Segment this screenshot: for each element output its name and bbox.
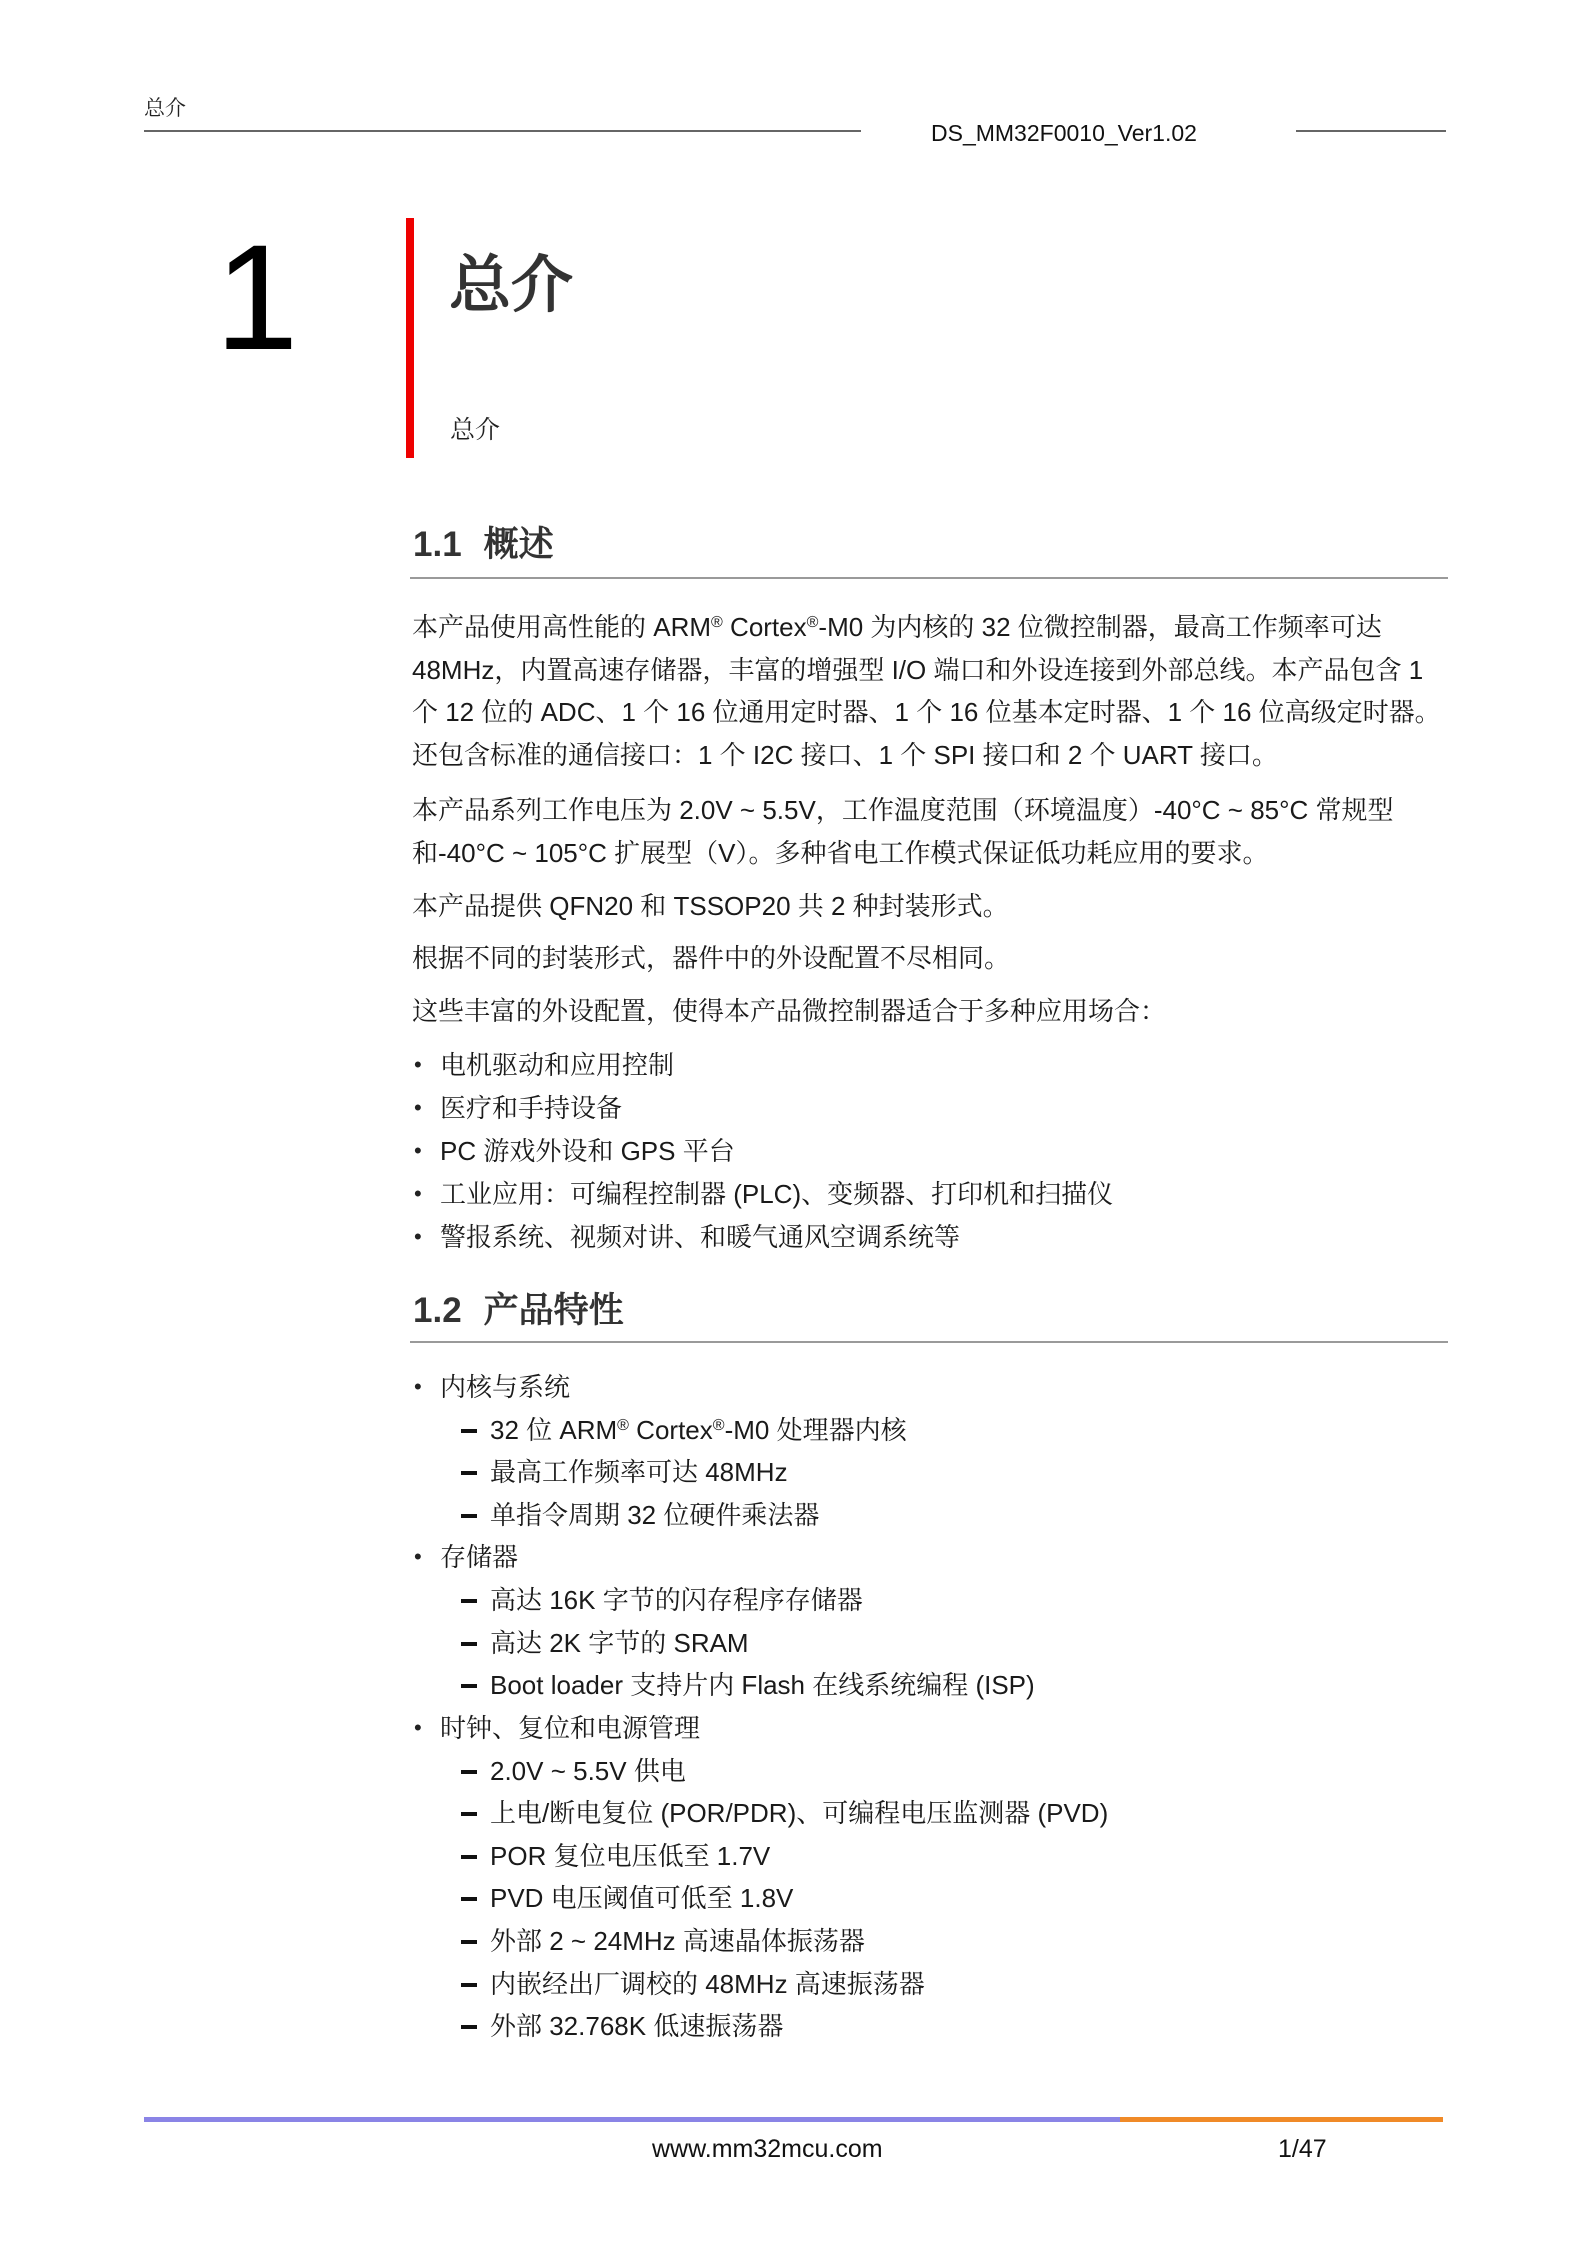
paragraph-line: 和-40°C ~ 105°C 扩展型（V）。多种省电工作模式保证低功耗应用的要求… (412, 838, 1269, 868)
feature-item: PVD 电压阈值可低至 1.8V (0, 1883, 1587, 1913)
dash-icon (461, 1983, 477, 1987)
paragraph-line: 48MHz，内置高速存储器，丰富的增强型 I/O 端口和外设连接到外部总线。本产… (412, 655, 1423, 685)
bullet-icon: • (414, 1093, 422, 1123)
paragraph-line: 还包含标准的通信接口：1 个 I2C 接口、1 个 SPI 接口和 2 个 UA… (412, 740, 1278, 770)
section-title: 概述 (484, 525, 554, 564)
dash-icon (461, 1514, 477, 1518)
list-item: • PC 游戏外设和 GPS 平台 (0, 1136, 1587, 1166)
paragraph-line: 本产品使用高性能的 ARM® Cortex®-M0 为内核的 32 位微控制器，… (412, 612, 1382, 642)
feature-group: • 存储器 (0, 1542, 1587, 1572)
registered-mark: ® (711, 614, 723, 631)
feature-item: POR 复位电压低至 1.7V (0, 1841, 1587, 1871)
feature-item: 高达 2K 字节的 SRAM (0, 1628, 1587, 1658)
feature-item: 32 位 ARM® Cortex®-M0 处理器内核 (0, 1415, 1587, 1445)
dash-icon (461, 1642, 477, 1646)
chapter-number: 1 (215, 222, 298, 372)
header-rule-right (1296, 130, 1446, 132)
bullet-icon: • (414, 1372, 422, 1402)
bullet-icon: • (414, 1050, 422, 1080)
feature-item: 高达 16K 字节的闪存程序存储器 (0, 1585, 1587, 1615)
footer-website-link[interactable]: www.mm32mcu.com (652, 2135, 883, 2164)
registered-mark: ® (807, 614, 819, 631)
list-item: • 医疗和手持设备 (0, 1093, 1587, 1123)
paragraph-peripherals: 根据不同的封装形式，器件中的外设配置不尽相同。 (412, 943, 1010, 973)
registered-mark: ® (713, 1417, 725, 1434)
dash-icon (461, 1599, 477, 1603)
header-section-title: 总介 (144, 92, 186, 122)
bullet-icon: • (414, 1542, 422, 1572)
feature-item: Boot loader 支持片内 Flash 在线系统编程 (ISP) (0, 1670, 1587, 1700)
section-rule (410, 1341, 1448, 1343)
dash-icon (461, 1429, 477, 1433)
header-rule-left (144, 130, 861, 132)
dash-icon (461, 1812, 477, 1816)
section-rule (410, 577, 1448, 579)
feature-item: 外部 32.768K 低速振荡器 (0, 2011, 1587, 2041)
bullet-icon: • (414, 1222, 422, 1252)
bullet-icon: • (414, 1713, 422, 1743)
section-number: 1.2 (413, 1291, 462, 1330)
feature-item: 内嵌经出厂调校的 48MHz 高速振荡器 (0, 1969, 1587, 1999)
paragraph-packages: 本产品提供 QFN20 和 TSSOP20 共 2 种封装形式。 (412, 891, 1009, 921)
section-title: 产品特性 (484, 1291, 624, 1330)
list-item: • 电机驱动和应用控制 (0, 1050, 1587, 1080)
bullet-icon: • (414, 1136, 422, 1166)
feature-item: 单指令周期 32 位硬件乘法器 (0, 1500, 1587, 1530)
feature-group: • 内核与系统 (0, 1372, 1587, 1402)
header-doc-id: DS_MM32F0010_Ver1.02 (931, 120, 1197, 147)
feature-item: 最高工作频率可达 48MHz (0, 1457, 1587, 1487)
paragraph-line: 本产品系列工作电压为 2.0V ~ 5.5V，工作温度范围（环境温度）-40°C… (412, 795, 1394, 825)
feature-item: 外部 2 ~ 24MHz 高速晶体振荡器 (0, 1926, 1587, 1956)
dash-icon (461, 1940, 477, 1944)
bullet-icon: • (414, 1179, 422, 1209)
chapter-title: 总介 (449, 246, 573, 326)
paragraph-line: 个 12 位的 ADC、1 个 16 位通用定时器、1 个 16 位基本定时器、… (412, 697, 1441, 727)
chapter-subtitle: 总介 (450, 410, 500, 446)
section-number: 1.1 (413, 525, 462, 564)
dash-icon (461, 1684, 477, 1688)
dash-icon (461, 1770, 477, 1774)
section-heading-1-1: 1.1概述 (413, 523, 554, 567)
section-heading-1-2: 1.2产品特性 (413, 1289, 624, 1333)
list-item: • 工业应用：可编程控制器 (PLC)、变频器、打印机和扫描仪 (0, 1179, 1587, 1209)
footer-rule-accent (1120, 2117, 1443, 2122)
dash-icon (461, 1855, 477, 1859)
dash-icon (461, 1897, 477, 1901)
registered-mark: ® (617, 1417, 629, 1434)
paragraph-applications-intro: 这些丰富的外设配置，使得本产品微控制器适合于多种应用场合： (412, 996, 1166, 1026)
feature-item: 上电/断电复位 (POR/PDR)、可编程电压监测器 (PVD) (0, 1798, 1587, 1828)
feature-item: 2.0V ~ 5.5V 供电 (0, 1756, 1587, 1786)
chapter-accent-bar (406, 218, 414, 458)
dash-icon (461, 1471, 477, 1475)
footer-page-number: 1/47 (1278, 2135, 1327, 2164)
list-item: • 警报系统、视频对讲、和暖气通风空调系统等 (0, 1222, 1587, 1252)
footer-rule-primary (144, 2117, 1120, 2122)
feature-group: • 时钟、复位和电源管理 (0, 1713, 1587, 1743)
dash-icon (461, 2025, 477, 2029)
